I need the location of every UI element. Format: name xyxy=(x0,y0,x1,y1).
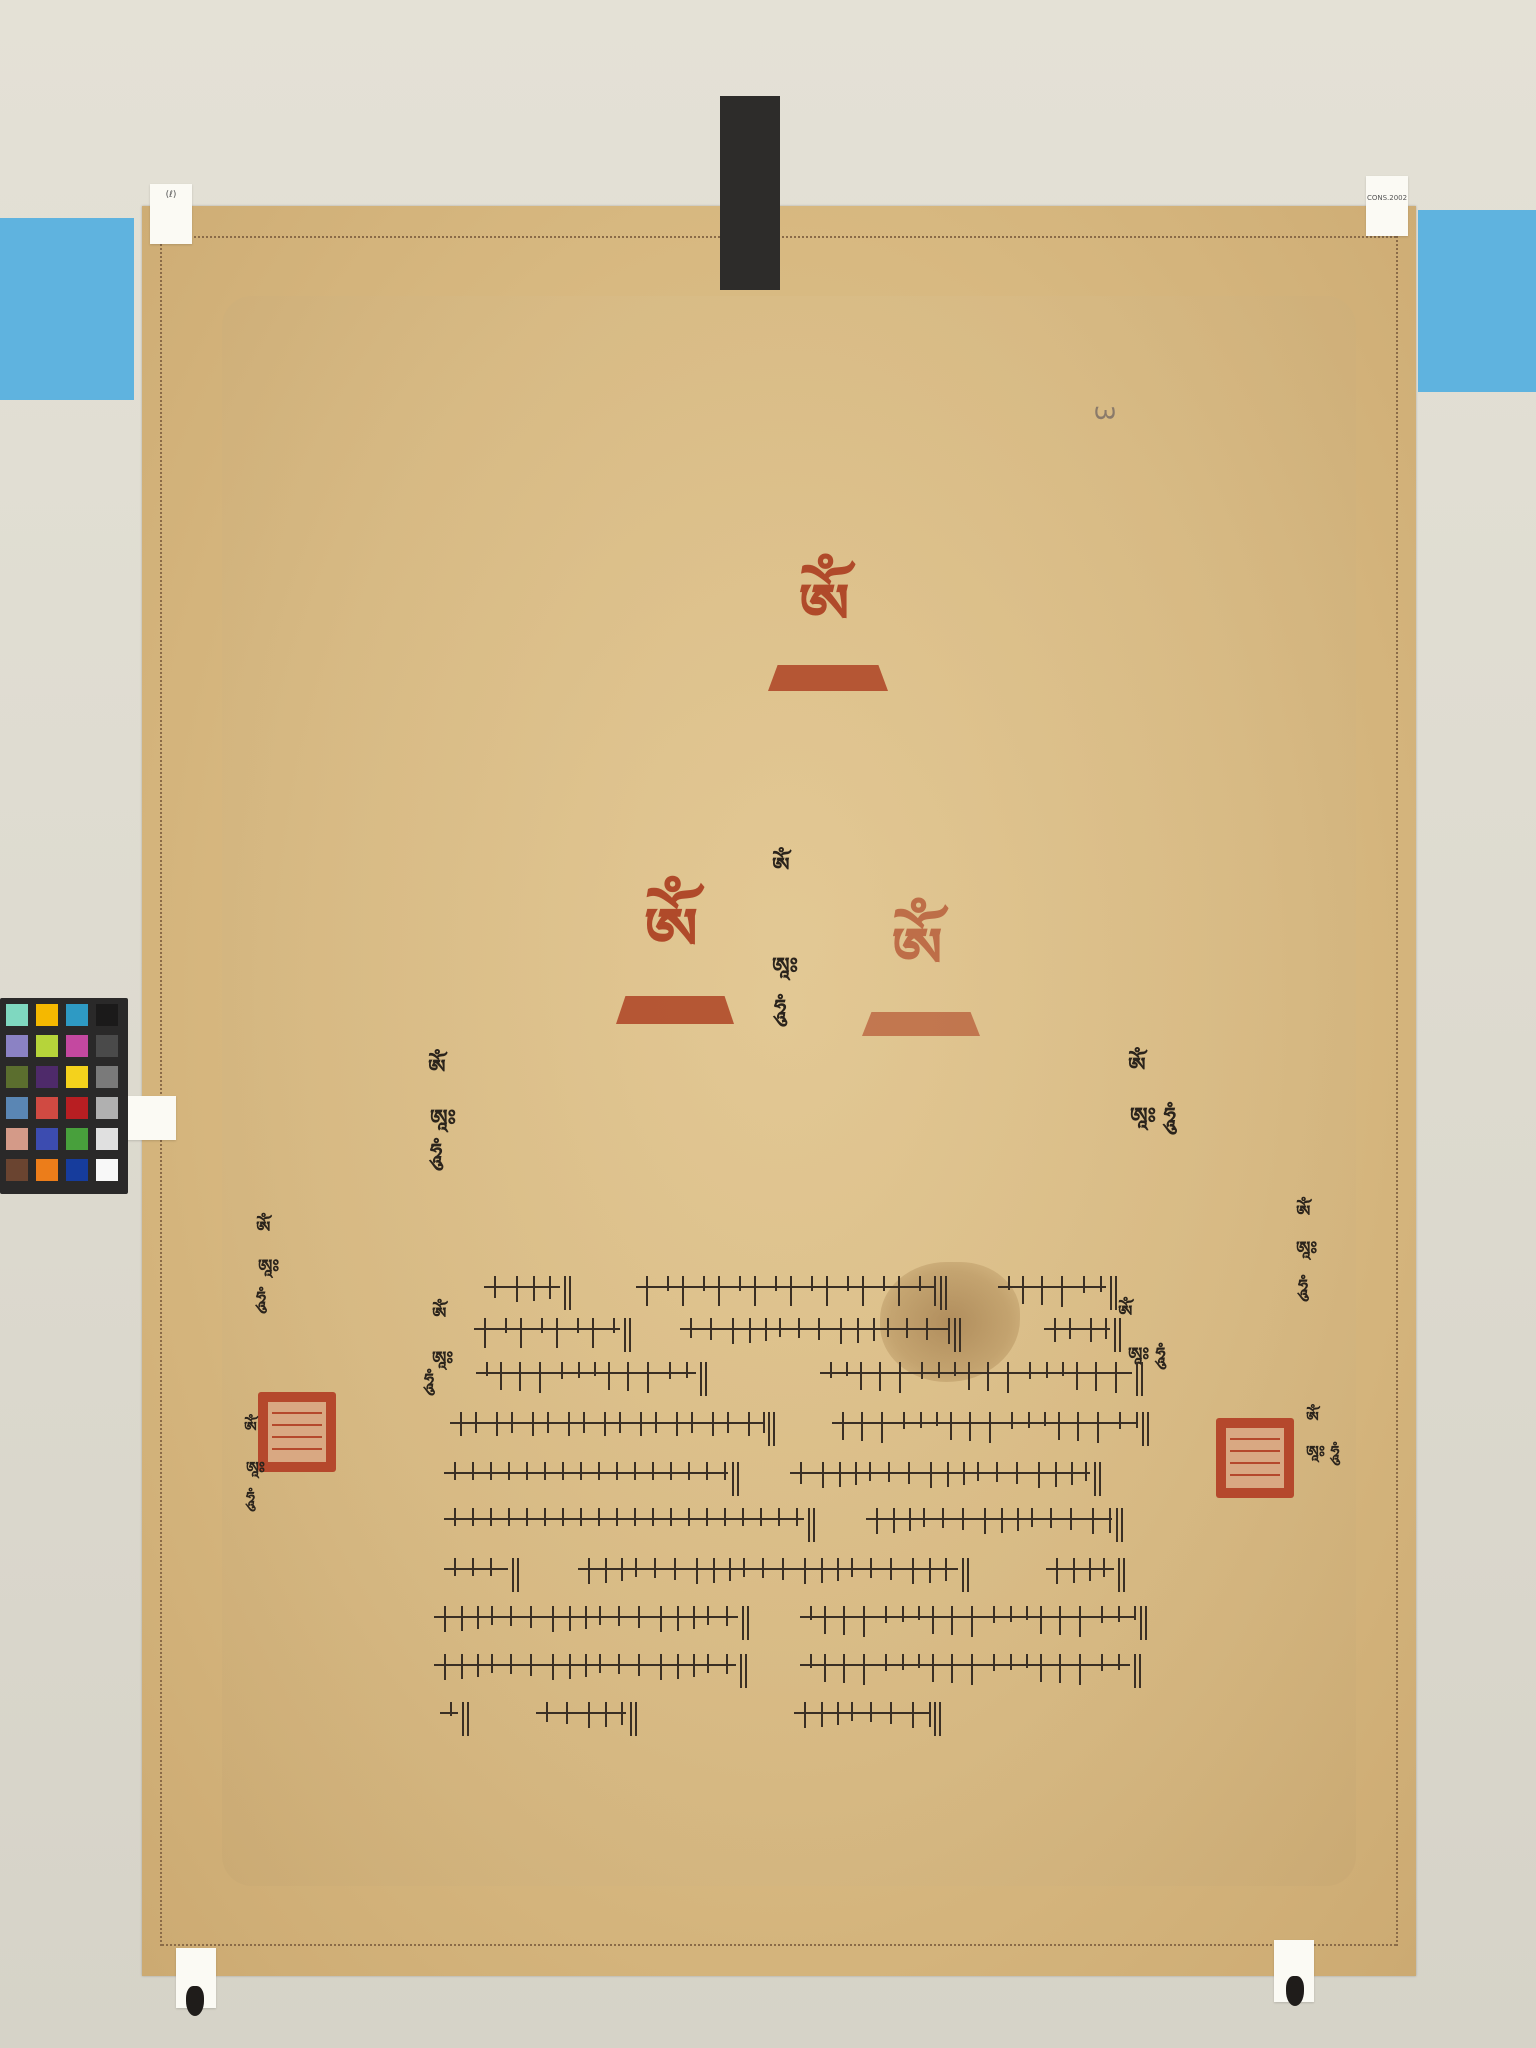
color-swatch xyxy=(96,1128,118,1150)
color-swatch xyxy=(6,1066,28,1088)
color-swatch xyxy=(96,1004,118,1026)
stitching-right xyxy=(1396,236,1398,1946)
stitching-bottom xyxy=(162,1944,1396,1946)
color-swatch xyxy=(66,1128,88,1150)
syllable-seal-left-3: ཧཱུཾ xyxy=(246,1490,255,1506)
inscription-line xyxy=(0,1462,1536,1484)
stupa-stamp-top: ༀ xyxy=(768,576,888,691)
inscription-line xyxy=(0,1654,1536,1676)
inscription-line xyxy=(0,1412,1536,1434)
syllable-far-right-2: ཨཱཿ xyxy=(1296,1240,1317,1258)
color-swatch xyxy=(66,1097,88,1119)
mounting-clip-bottom-right xyxy=(1286,1976,1304,2006)
painted-area-shadow xyxy=(222,296,1356,1886)
blue-tape-right xyxy=(1418,210,1536,392)
label-tag-top-left: (ℓ) xyxy=(150,184,192,244)
black-tape-top xyxy=(720,96,780,290)
blue-tape-left xyxy=(0,218,134,400)
stupa-stamp-left: ༀ xyxy=(616,900,734,1024)
syllable-left-mid-1: ཨོཾ xyxy=(428,1058,446,1080)
stitching-left xyxy=(160,236,162,1946)
color-swatch xyxy=(6,1128,28,1150)
syllable-center-1: ཨོཾ xyxy=(772,856,790,878)
om-syllable-icon: ༀ xyxy=(636,900,706,968)
pencil-mark: 3 xyxy=(1088,405,1118,422)
color-swatch xyxy=(96,1097,118,1119)
syllable-seal-right-2: ཨཱཿ ཧཱུཾ xyxy=(1306,1444,1339,1460)
syllable-left-mid-2: ཨཱཿ xyxy=(430,1108,456,1130)
color-swatch xyxy=(96,1159,118,1181)
color-checker-card xyxy=(0,998,128,1194)
color-swatch xyxy=(6,1097,28,1119)
color-swatch xyxy=(66,1004,88,1026)
syllable-left-mid-3: ཧཱུཾ xyxy=(430,1142,442,1164)
stamp-base xyxy=(862,1012,980,1036)
syllable-right-mid-2: ཨཱཿ ཧཱུཾ xyxy=(1130,1106,1176,1128)
inscription-line xyxy=(0,1558,1536,1580)
syllable-far-left-1: ཨོཾ xyxy=(256,1220,270,1238)
color-swatch xyxy=(66,1159,88,1181)
syllable-center-3: ཧཱུཾ xyxy=(774,998,786,1020)
syllable-far-left-2: ཨཱཿ xyxy=(258,1258,279,1276)
inscription-line xyxy=(0,1606,1536,1628)
color-swatch xyxy=(36,1035,58,1057)
color-swatch xyxy=(66,1035,88,1057)
stamp-base xyxy=(768,665,888,691)
color-swatch xyxy=(6,1004,28,1026)
color-swatch xyxy=(36,1097,58,1119)
color-swatch xyxy=(36,1128,58,1150)
stupa-stamp-right: ༀ xyxy=(862,920,980,1036)
inscription-line xyxy=(0,1362,1536,1384)
inscription-line xyxy=(0,1318,1536,1340)
color-swatch xyxy=(96,1066,118,1088)
inscription-line xyxy=(0,1508,1536,1530)
mounting-clip-bottom-left xyxy=(186,1986,204,2016)
color-swatch xyxy=(6,1159,28,1181)
color-swatch xyxy=(66,1066,88,1088)
syllable-center-2: ཨཱཿ xyxy=(772,956,798,978)
label-tag-top-right: CONS.2002 xyxy=(1366,176,1408,236)
color-swatch xyxy=(36,1066,58,1088)
syllable-right-mid-1: ཨོཾ xyxy=(1128,1056,1146,1078)
color-swatch xyxy=(96,1035,118,1057)
inscription-line xyxy=(0,1702,1536,1724)
om-syllable-icon: ༀ xyxy=(794,576,854,640)
stamp-base xyxy=(616,996,734,1024)
om-syllable-icon: ༀ xyxy=(882,920,952,984)
inscription-line xyxy=(0,1276,1536,1298)
color-swatch xyxy=(36,1004,58,1026)
syllable-far-right-1: ཨོཾ xyxy=(1296,1204,1310,1222)
color-swatch xyxy=(6,1035,28,1057)
color-swatch xyxy=(36,1159,58,1181)
